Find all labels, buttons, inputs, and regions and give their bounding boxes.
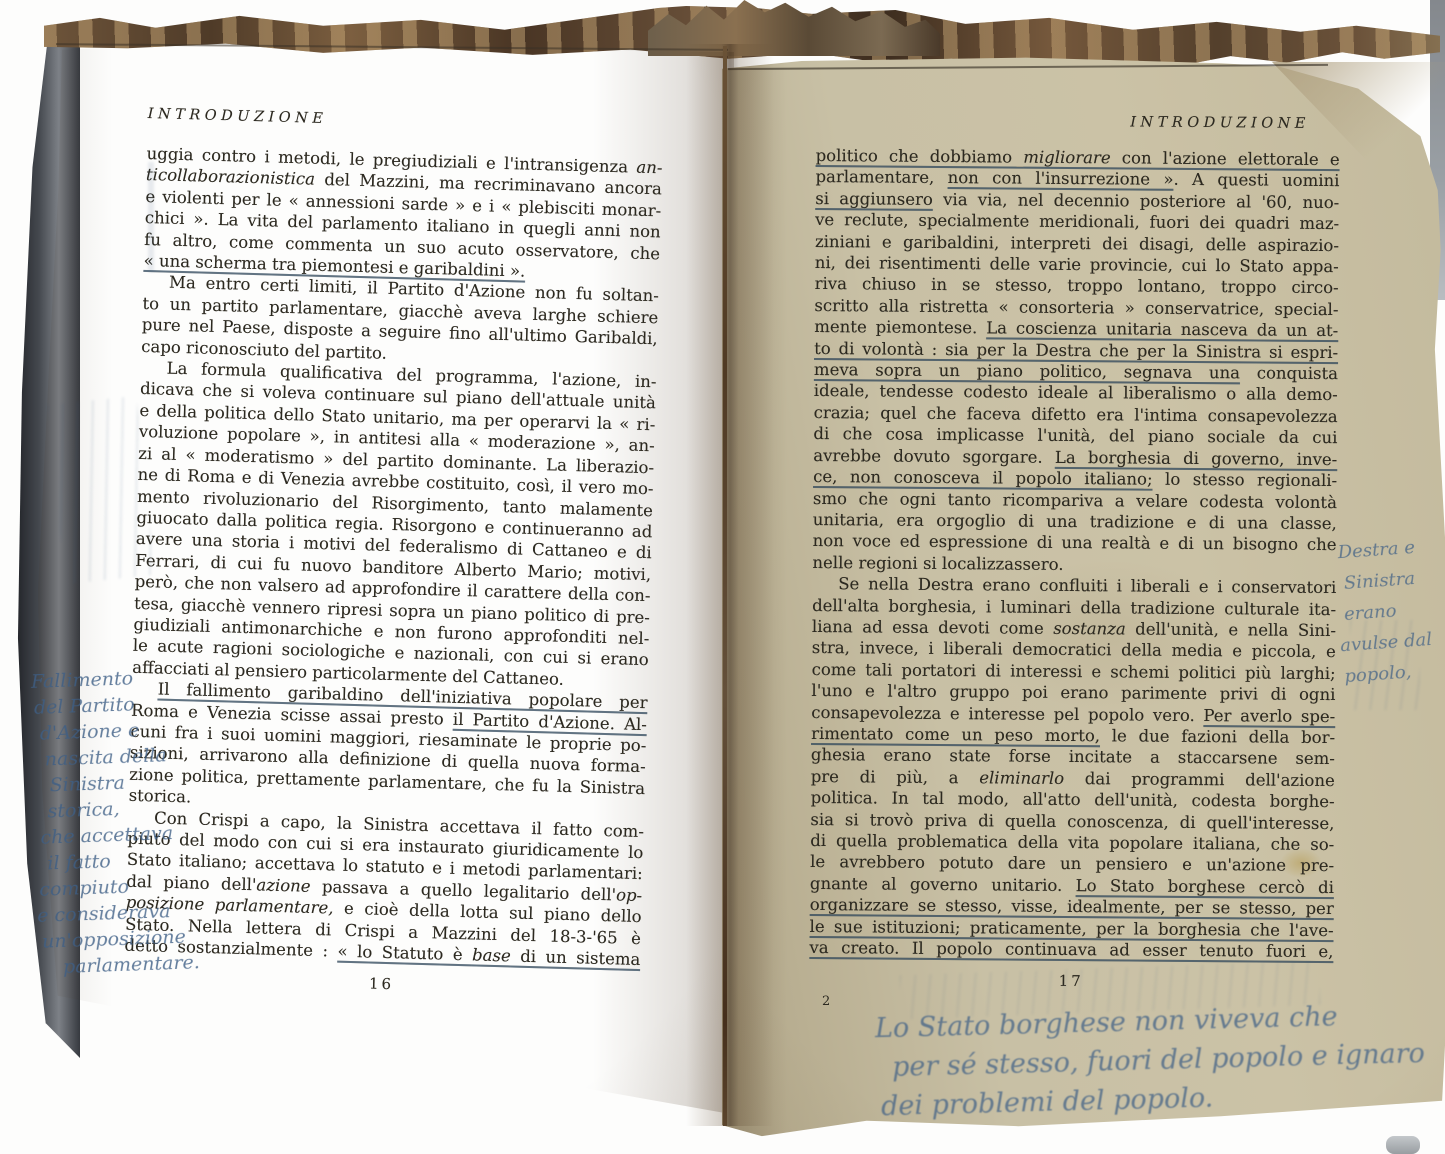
printed-text-segment: migliorare xyxy=(1023,148,1111,168)
printed-text-segment: ghesia erano state forse incitate a stac… xyxy=(811,745,1335,768)
printed-text-segment: le sue istituzioni; praticamente, per la… xyxy=(810,917,1334,940)
printed-text-segment: organizzare se stesso, visse, idealmente… xyxy=(810,895,1334,918)
book-photo: { "colors": { "paper": "#cdc3a6", "ink":… xyxy=(0,0,1445,1154)
printed-text-segment: come tali portatori di interessi e schem… xyxy=(812,660,1336,683)
printed-text-segment: to di volontà : sia per la Destra che pe… xyxy=(814,339,1338,362)
printed-text-segment: ziniani e garibaldini, interpreti dei di… xyxy=(815,232,1339,255)
printed-text-segment: ideale, tendesse codesto ideale al liber… xyxy=(814,381,1338,404)
printed-text-segment: di che cosa implicasse l'unità, del pian… xyxy=(813,424,1337,447)
printed-text-segment: Lo Stato borghese cercò di xyxy=(1076,876,1334,897)
printed-text-segment: di un sistema xyxy=(510,946,640,969)
right-page-body: politico che dobbiamo migliorare con l'a… xyxy=(809,145,1339,963)
handwritten-line: avulse dal xyxy=(1339,624,1433,661)
printed-text-segment: Per averlo spe- xyxy=(1203,706,1335,726)
printed-text-segment: op- xyxy=(616,885,643,905)
printed-text-segment: dell'alta borghesia, i luminari della tr… xyxy=(812,596,1336,619)
printed-text-segment: scritto alla ristretta « consorteria » c… xyxy=(814,296,1338,319)
printed-text-segment: ticollaborazionistica xyxy=(146,165,315,189)
margin-note-left: Fallimentodel Partitod'Azione enascita d… xyxy=(31,663,201,980)
printed-text-segment: . A questi uomini xyxy=(1173,170,1339,190)
right-page-header: INTRODUZIONE xyxy=(816,112,1340,132)
printed-text-segment: avrebbe dovuto sgorgare. xyxy=(813,446,1055,467)
printed-text-segment: l'uno e l'altro gruppo poi erano parimen… xyxy=(811,681,1335,704)
printed-text-segment: politico che dobbiamo xyxy=(816,146,1024,167)
printed-text-segment: dell'unità, e nella Sini- xyxy=(1126,619,1336,640)
printed-text-segment: con l'azione elettorale e xyxy=(1111,148,1340,169)
printed-line: va creato. Il popolo continuava ad esser… xyxy=(809,937,1333,963)
printed-text-segment: va creato. Il popolo continuava ad esser… xyxy=(809,938,1333,961)
printed-text-segment: mente piemontese. xyxy=(814,317,986,337)
handwritten-line: che accettava xyxy=(40,819,196,850)
gutter-shadow xyxy=(686,44,774,1126)
printed-text-segment: non voce ed espressione di una realtà e … xyxy=(813,531,1337,554)
printed-text-segment: ni, dei risentimenti delle varie provinc… xyxy=(815,253,1339,276)
printed-text-segment: lo stesso regionali- xyxy=(1153,470,1338,490)
printed-text-segment: sia si trovò priva di quella conoscenza,… xyxy=(810,810,1334,833)
printed-text-segment: meva sopra un piano politico, segnava un… xyxy=(814,360,1240,382)
printed-text-segment: politica. In tal modo, all'atto dell'uni… xyxy=(811,788,1335,811)
printed-text-segment: riva chiuso in se stesso, troppo lontano… xyxy=(815,274,1339,297)
printed-text-segment: unitaria, era orgoglio di una tradizione… xyxy=(813,510,1337,533)
background-object xyxy=(1386,1136,1420,1154)
printed-text-segment: an- xyxy=(636,158,663,178)
left-page-body: uggia contro i metodi, le pregiudiziali … xyxy=(124,143,663,971)
printed-text-segment: liana ad essa devoti come xyxy=(812,617,1053,638)
handwritten-line: Sinistra xyxy=(1343,562,1429,599)
printed-text-segment: La coscienza unitaria nasceva da un at- xyxy=(986,319,1338,341)
handwritten-line: parlamentare. xyxy=(63,949,201,980)
printed-text-segment: ve reclute, specialmente meridionali, fu… xyxy=(815,210,1339,233)
printed-text-segment: base xyxy=(472,945,511,965)
printed-text-segment: si aggiunsero xyxy=(815,189,933,209)
right-page-text: INTRODUZIONE politico che dobbiamo migli… xyxy=(809,112,1340,993)
bottom-handwritten-note: Lo Stato borghese non viveva cheper sé s… xyxy=(875,995,1427,1126)
printed-text-segment: Se nella Destra erano confluiti i libera… xyxy=(838,574,1336,597)
printed-text-segment: le due fazioni della bor- xyxy=(1100,726,1335,747)
printed-text-segment: « lo Statuto è xyxy=(337,942,472,965)
printed-text-segment: nelle regioni si localizzassero. xyxy=(812,553,1063,574)
printed-text-segment: consapevolezza e interesse pel popolo ve… xyxy=(811,703,1203,725)
printed-text-segment: via via, nel decennio posteriore al '60,… xyxy=(933,190,1340,212)
signature-mark: 2 xyxy=(822,994,830,1009)
printed-text-segment: azione xyxy=(256,875,311,896)
printed-text-segment: stra, invece, i liberali democratici del… xyxy=(812,638,1336,661)
printed-text-segment: crazia; quel che faceva difetto era l'in… xyxy=(814,403,1338,426)
printed-text-segment: eliminarlo xyxy=(979,768,1064,788)
printed-text-segment: dai programmi dell'azione xyxy=(1064,769,1335,790)
left-page-text: INTRODUZIONE uggia contro i metodi, le p… xyxy=(123,106,663,1001)
printed-text-segment: di quella problematica della vita popola… xyxy=(810,831,1334,854)
printed-text-segment: non con l'insurrezione » xyxy=(948,168,1174,189)
printed-text-segment: le avrebbero potuto dare un pensiero e u… xyxy=(810,852,1334,875)
printed-text-segment: parlamentare, xyxy=(815,167,947,187)
printed-text-segment: La borghesia di governo, inve- xyxy=(1055,448,1338,469)
printed-text-segment: gnante al governo unitario. xyxy=(810,874,1076,895)
gutter xyxy=(723,46,727,1126)
margin-note-right: Destra eSinistraeranoavulse dalpopolo, xyxy=(1337,531,1435,692)
printed-text-segment: conquista xyxy=(1240,363,1338,383)
handwritten-line: popolo, xyxy=(1343,655,1435,692)
printed-text-segment: ce, non conosceva il popolo italiano; xyxy=(813,467,1153,489)
printed-text-segment: rimentato come un peso morto, xyxy=(811,724,1100,745)
printed-text-segment: sostanza xyxy=(1053,619,1126,639)
printed-text-segment: smo che ogni tanto ricompariva a velare … xyxy=(813,488,1337,511)
printed-text-segment: pre di più, a xyxy=(811,767,980,787)
